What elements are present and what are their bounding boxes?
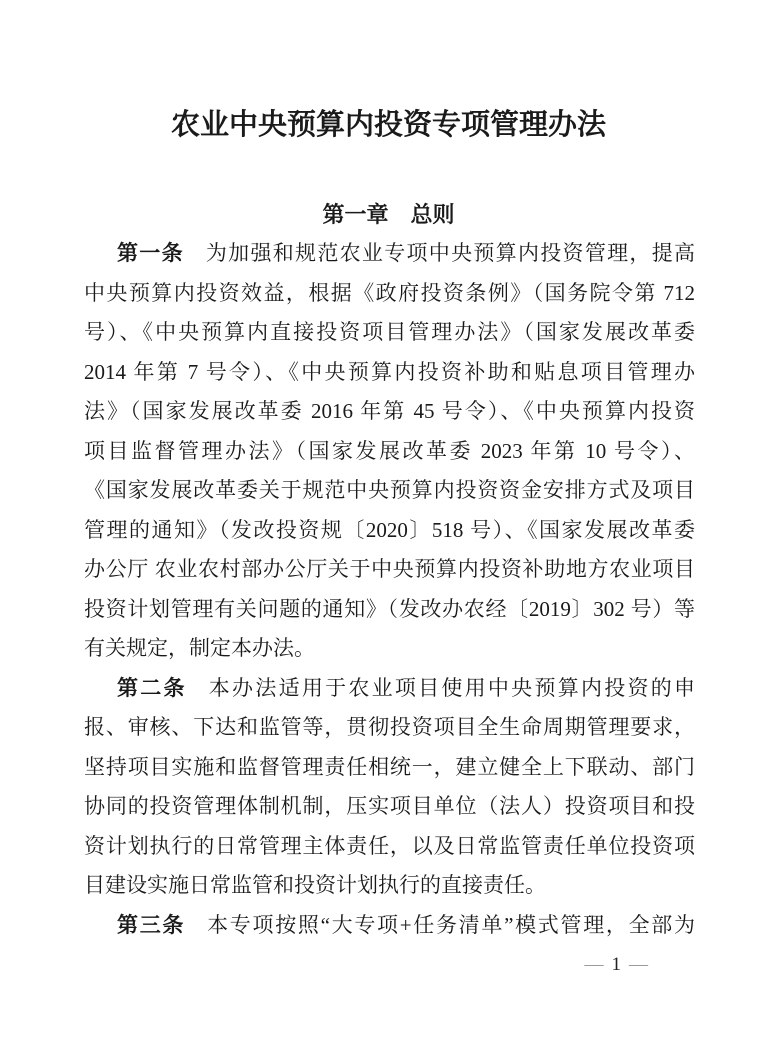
body-line-text: 本办法适用于农业项目使用中央预算内投资的申 (209, 676, 695, 700)
body-line-text: 中央预算内投资效益，根据《政府投资条例》（国务院令第 712 (84, 281, 695, 305)
page-number-dash-right: — (629, 954, 650, 975)
body-line: 坚持项目实施和监督管理责任相统一，建立健全上下联动、部门 (84, 748, 695, 788)
paragraph: 第一条为加强和规范农业专项中央预算内投资管理，提高中央预算内投资效益，根据《政府… (84, 234, 695, 669)
chapter-heading: 第一章 总则 (0, 197, 777, 233)
body-line-text: 管理的通知》（发改投资规〔2020〕518 号）、《国家发展改革委 (84, 518, 695, 542)
page-number-dash-left: — (585, 954, 606, 975)
article-number: 第二条 (117, 677, 187, 700)
body-line-text: 《国家发展改革委关于规范中央预算内投资资金安排方式及项目 (84, 478, 695, 502)
body-line: 报、审核、下达和监管等，贯彻投资项目全生命周期管理要求， (84, 708, 695, 748)
body-line-text: 号）、《中央预算内直接投资项目管理办法》（国家发展改革委 (84, 320, 695, 344)
body-line: 2014 年第 7 号令）、《中央预算内投资补助和贴息项目管理办 (84, 353, 695, 393)
paragraph: 第二条本办法适用于农业项目使用中央预算内投资的申报、审核、下达和监管等，贯彻投资… (84, 669, 695, 906)
body-line: 《国家发展改革委关于规范中央预算内投资资金安排方式及项目 (84, 471, 695, 511)
body-line-text: 法》（国家发展改革委 2016 年第 45 号令）、《中央预算内投资 (84, 399, 695, 423)
body-line: 协同的投资管理体制机制，压实项目单位（法人）投资项目和投 (84, 787, 695, 827)
body-line: 投资计划管理有关问题的通知》（发改办农经〔2019〕302 号）等 (84, 590, 695, 630)
body-line-text: 本专项按照“大专项+任务清单”模式管理，全部为 (207, 913, 695, 937)
body-line: 中央预算内投资效益，根据《政府投资条例》（国务院令第 712 (84, 274, 695, 314)
body-line: 法》（国家发展改革委 2016 年第 45 号令）、《中央预算内投资 (84, 392, 695, 432)
body-line-text: 坚持项目实施和监督管理责任相统一，建立健全上下联动、部门 (84, 755, 695, 779)
body-line: 有关规定，制定本办法。 (84, 629, 695, 669)
page-number-value: 1 (606, 954, 630, 975)
body-line-text: 投资计划管理有关问题的通知》（发改办农经〔2019〕302 号）等 (84, 597, 695, 621)
body-line: 管理的通知》（发改投资规〔2020〕518 号）、《国家发展改革委 (84, 511, 695, 551)
page-number: —1— (585, 952, 651, 978)
body-line-text: 资计划执行的日常管理主体责任，以及日常监管责任单位投资项 (84, 834, 695, 858)
body-line-text: 为加强和规范农业专项中央预算内投资管理，提高 (206, 241, 695, 265)
document-body: 第一条为加强和规范农业专项中央预算内投资管理，提高中央预算内投资效益，根据《政府… (84, 234, 695, 945)
body-line-text: 目建设实施日常监管和投资计划执行的直接责任。 (84, 873, 546, 897)
body-line: 资计划执行的日常管理主体责任，以及日常监管责任单位投资项 (84, 827, 695, 867)
article-number: 第三条 (117, 914, 185, 937)
document-page: 农业中央预算内投资专项管理办法 第一章 总则 第一条为加强和规范农业专项中央预算… (0, 0, 777, 1061)
body-line-text: 有关规定，制定本办法。 (84, 636, 315, 660)
body-line: 目建设实施日常监管和投资计划执行的直接责任。 (84, 866, 695, 906)
body-line-text: 报、审核、下达和监管等，贯彻投资项目全生命周期管理要求， (84, 715, 695, 739)
paragraph: 第三条本专项按照“大专项+任务清单”模式管理，全部为 (84, 906, 695, 946)
body-line: 第三条本专项按照“大专项+任务清单”模式管理，全部为 (84, 906, 695, 946)
body-line: 第二条本办法适用于农业项目使用中央预算内投资的申 (84, 669, 695, 709)
body-line: 办公厅 农业农村部办公厅关于中央预算内投资补助地方农业项目 (84, 550, 695, 590)
body-line-text: 项目监督管理办法》（国家发展改革委 2023 年第 10 号令）、 (84, 439, 695, 463)
body-line: 项目监督管理办法》（国家发展改革委 2023 年第 10 号令）、 (84, 432, 695, 472)
body-line-text: 办公厅 农业农村部办公厅关于中央预算内投资补助地方农业项目 (84, 557, 695, 581)
body-line-text: 协同的投资管理体制机制，压实项目单位（法人）投资项目和投 (84, 794, 695, 818)
body-line: 号）、《中央预算内直接投资项目管理办法》（国家发展改革委 (84, 313, 695, 353)
body-line-text: 2014 年第 7 号令）、《中央预算内投资补助和贴息项目管理办 (84, 360, 695, 384)
body-line: 第一条为加强和规范农业专项中央预算内投资管理，提高 (84, 234, 695, 274)
document-title: 农业中央预算内投资专项管理办法 (0, 102, 777, 148)
article-number: 第一条 (117, 242, 184, 265)
